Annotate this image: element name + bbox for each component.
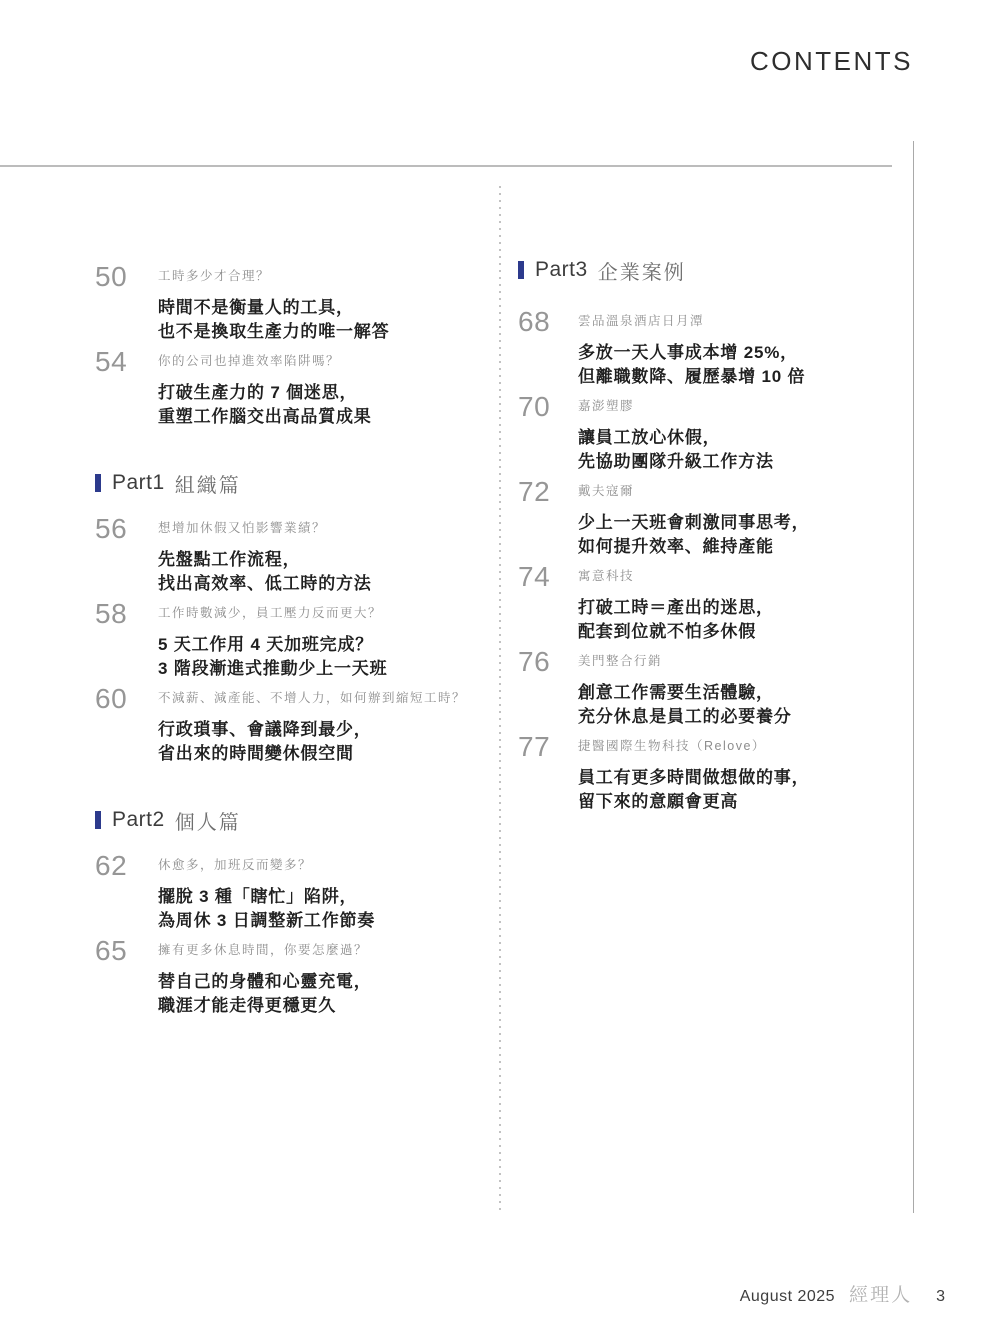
entry-subtitle: 工時多少才合理？	[158, 268, 389, 284]
entry-title-line: 省出來的時間變休假空間	[158, 742, 466, 766]
entry-title-line: 為周休 3 日調整新工作節奏	[158, 909, 375, 933]
entry-page-number: 68	[518, 307, 578, 337]
entry-page-number: 50	[95, 262, 158, 292]
entry-subtitle: 嘉澎塑膠	[578, 398, 774, 414]
column-divider	[499, 186, 501, 1215]
toc-entry-56: 56 想增加休假又怕影響業績？ 先盤點工作流程， 找出高效率、低工時的方法	[95, 514, 493, 596]
entry-title-line: 如何提升效率、維持產能	[578, 535, 809, 559]
toc-entry-77: 77 捷醫國際生物科技（Relove） 員工有更多時間做想做的事， 留下來的意願…	[518, 732, 918, 814]
section-heading-part1: Part1 組織篇	[95, 471, 493, 495]
entry-title-line: 先協助團隊升級工作方法	[578, 450, 774, 474]
entry-subtitle: 不減薪、減產能、不增人力，如何辦到縮短工時？	[158, 690, 466, 706]
toc-entry-62: 62 休愈多，加班反而變多？ 擺脫 3 種「瞎忙」陷阱， 為周休 3 日調整新工…	[95, 851, 493, 933]
entry-title-line: 找出高效率、低工時的方法	[158, 572, 372, 596]
section-accent-bar	[95, 474, 101, 492]
footer-magazine-brand: 經理人	[849, 1280, 912, 1307]
entry-title: 多放一天人事成本增 25%， 但離職數降、履歷暴增 10 倍	[578, 341, 805, 389]
entry-page-number: 74	[518, 562, 578, 592]
section-name: 組織篇	[175, 469, 241, 498]
entry-title: 員工有更多時間做想做的事， 留下來的意願會更高	[578, 766, 809, 814]
entry-page-number: 56	[95, 514, 158, 544]
toc-column-right: Part3 企業案例 68 雲品溫泉酒店日月潭 多放一天人事成本增 25%， 但…	[518, 258, 918, 817]
section-label: Part1	[112, 471, 165, 495]
entry-title-line: 替自己的身體和心靈充電，	[158, 970, 372, 994]
entry-title-line: 重塑工作腦交出高品質成果	[158, 405, 372, 429]
section-label: Part2	[112, 808, 165, 832]
entry-title-line: 先盤點工作流程，	[158, 548, 372, 572]
entry-subtitle: 雲品溫泉酒店日月潭	[578, 313, 805, 329]
entry-page-number: 54	[95, 347, 158, 377]
entry-title-line: 少上一天班會刺激同事思考，	[578, 511, 809, 535]
entry-title-line: 行政瑣事、會議降到最少，	[158, 718, 466, 742]
toc-entry-58: 58 工作時數減少，員工壓力反而更大？ 5 天工作用 4 天加班完成？ 3 階段…	[95, 599, 493, 681]
entry-title-line: 但離職數降、履歷暴增 10 倍	[578, 365, 805, 389]
section-heading-part3: Part3 企業案例	[518, 258, 918, 282]
entry-page-number: 62	[95, 851, 158, 881]
entry-title: 先盤點工作流程， 找出高效率、低工時的方法	[158, 548, 372, 596]
entry-title: 創意工作需要生活體驗， 充分休息是員工的必要養分	[578, 681, 792, 729]
entry-title: 少上一天班會刺激同事思考， 如何提升效率、維持產能	[578, 511, 809, 559]
entry-title-line: 3 階段漸進式推動少上一天班	[158, 657, 387, 681]
toc-entry-65: 65 擁有更多休息時間，你要怎麼過？ 替自己的身體和心靈充電， 職涯才能走得更穩…	[95, 936, 493, 1018]
footer-page-number: 3	[936, 1288, 945, 1306]
entry-page-number: 77	[518, 732, 578, 762]
entry-subtitle: 戴夫寇爾	[578, 483, 809, 499]
entry-title: 擺脫 3 種「瞎忙」陷阱， 為周休 3 日調整新工作節奏	[158, 885, 375, 933]
section-name: 個人篇	[175, 806, 241, 835]
entry-title: 行政瑣事、會議降到最少， 省出來的時間變休假空間	[158, 718, 466, 766]
entry-title-line: 也不是換取生產力的唯一解答	[158, 320, 389, 344]
entry-title-line: 留下來的意願會更高	[578, 790, 809, 814]
contents-page: CONTENTS 50 工時多少才合理？ 時間不是衡量人的工具， 也不是換取生產…	[0, 0, 1000, 1333]
entry-title: 5 天工作用 4 天加班完成？ 3 階段漸進式推動少上一天班	[158, 633, 387, 681]
entry-page-number: 65	[95, 936, 158, 966]
entry-title-line: 充分休息是員工的必要養分	[578, 705, 792, 729]
toc-entry-54: 54 你的公司也掉進效率陷阱嗎？ 打破生產力的 7 個迷思， 重塑工作腦交出高品…	[95, 347, 493, 429]
entry-title-line: 5 天工作用 4 天加班完成？	[158, 633, 387, 657]
entry-title: 時間不是衡量人的工具， 也不是換取生產力的唯一解答	[158, 296, 389, 344]
entry-title-line: 創意工作需要生活體驗，	[578, 681, 792, 705]
entry-page-number: 76	[518, 647, 578, 677]
entry-title-line: 員工有更多時間做想做的事，	[578, 766, 809, 790]
toc-entry-76: 76 美門整合行銷 創意工作需要生活體驗， 充分休息是員工的必要養分	[518, 647, 918, 729]
entry-title-line: 擺脫 3 種「瞎忙」陷阱，	[158, 885, 375, 909]
toc-column-left: 50 工時多少才合理？ 時間不是衡量人的工具， 也不是換取生產力的唯一解答 54…	[95, 262, 493, 1021]
entry-title: 讓員工放心休假， 先協助團隊升級工作方法	[578, 426, 774, 474]
section-accent-bar	[95, 811, 101, 829]
entry-page-number: 72	[518, 477, 578, 507]
entry-title: 打破工時＝產出的迷思， 配套到位就不怕多休假	[578, 596, 774, 644]
page-footer: August 2025 經理人 3	[740, 1280, 945, 1307]
footer-issue-date: August 2025	[740, 1288, 835, 1306]
page-title: CONTENTS	[750, 46, 913, 77]
section-heading-part2: Part2 個人篇	[95, 808, 493, 832]
toc-entry-72: 72 戴夫寇爾 少上一天班會刺激同事思考， 如何提升效率、維持產能	[518, 477, 918, 559]
section-label: Part3	[535, 258, 588, 282]
entry-title-line: 多放一天人事成本增 25%，	[578, 341, 805, 365]
entry-page-number: 60	[95, 684, 158, 714]
entry-page-number: 58	[95, 599, 158, 629]
toc-entry-60: 60 不減薪、減產能、不增人力，如何辦到縮短工時？ 行政瑣事、會議降到最少， 省…	[95, 684, 493, 766]
toc-entry-74: 74 寓意科技 打破工時＝產出的迷思， 配套到位就不怕多休假	[518, 562, 918, 644]
entry-subtitle: 休愈多，加班反而變多？	[158, 857, 375, 873]
entry-title: 替自己的身體和心靈充電， 職涯才能走得更穩更久	[158, 970, 372, 1018]
entry-title-line: 配套到位就不怕多休假	[578, 620, 774, 644]
entry-subtitle: 擁有更多休息時間，你要怎麼過？	[158, 942, 372, 958]
entry-title: 打破生產力的 7 個迷思， 重塑工作腦交出高品質成果	[158, 381, 372, 429]
header-rule	[0, 165, 892, 167]
section-accent-bar	[518, 261, 524, 279]
entry-subtitle: 寓意科技	[578, 568, 774, 584]
entry-subtitle: 美門整合行銷	[578, 653, 792, 669]
toc-entry-50: 50 工時多少才合理？ 時間不是衡量人的工具， 也不是換取生產力的唯一解答	[95, 262, 493, 344]
toc-entry-68: 68 雲品溫泉酒店日月潭 多放一天人事成本增 25%， 但離職數降、履歷暴增 1…	[518, 307, 918, 389]
entry-subtitle: 捷醫國際生物科技（Relove）	[578, 738, 809, 754]
entry-subtitle: 工作時數減少，員工壓力反而更大？	[158, 605, 387, 621]
section-name: 企業案例	[598, 256, 686, 285]
entry-title-line: 時間不是衡量人的工具，	[158, 296, 389, 320]
entry-title-line: 打破生產力的 7 個迷思，	[158, 381, 372, 405]
entry-title-line: 打破工時＝產出的迷思，	[578, 596, 774, 620]
entry-subtitle: 想增加休假又怕影響業績？	[158, 520, 372, 536]
entry-page-number: 70	[518, 392, 578, 422]
entry-title-line: 讓員工放心休假，	[578, 426, 774, 450]
entry-subtitle: 你的公司也掉進效率陷阱嗎？	[158, 353, 372, 369]
toc-entry-70: 70 嘉澎塑膠 讓員工放心休假， 先協助團隊升級工作方法	[518, 392, 918, 474]
entry-title-line: 職涯才能走得更穩更久	[158, 994, 372, 1018]
